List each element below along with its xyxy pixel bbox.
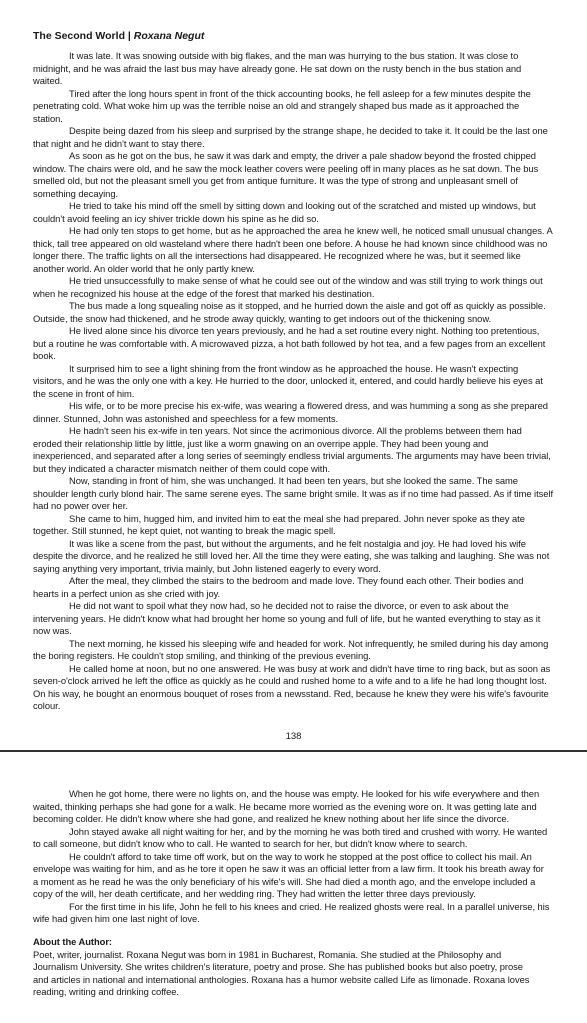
text-line: the boring registers. He couldn't stop s…: [33, 650, 587, 663]
text-line: that night and he didn't want to stay th…: [33, 138, 587, 151]
text-line: When he got home, there were no lights o…: [33, 788, 587, 801]
text-line: longer there. The traffic lights on all …: [33, 250, 587, 263]
text-line: becoming colder. He didn't know where sh…: [33, 813, 587, 826]
text-line: wife had given him one last night of lov…: [33, 913, 587, 926]
text-line: copy of the will, her death certificate,…: [33, 888, 587, 901]
text-line: intervening years. He didn't know what h…: [33, 613, 587, 626]
text-line: He called home at noon, but no one answe…: [33, 663, 587, 676]
text-line: The next morning, he kissed his sleeping…: [33, 638, 587, 651]
text-line: penetrating cold. What woke him up was t…: [33, 100, 587, 113]
text-line: waited, thinking perhaps she had gone fo…: [33, 801, 587, 814]
text-line: book.: [33, 350, 587, 363]
text-line: eroded their relationship little by litt…: [33, 438, 587, 451]
text-line: envelope was waiting for him, and as he …: [33, 863, 587, 876]
text-line: Outside, the snow had thickened, and he …: [33, 313, 587, 326]
about-line: Journalism University. She writes childr…: [33, 961, 587, 974]
text-line: couldn't avoid feeling an icy shiver tri…: [33, 213, 587, 226]
text-line: Tired after the long hours spent in fron…: [33, 88, 587, 101]
text-line: After the meal, they climbed the stairs …: [33, 575, 587, 588]
text-line: waited.: [33, 75, 587, 88]
text-line: had no power over her.: [33, 500, 587, 513]
text-line: a moment as he read he was the only bene…: [33, 876, 587, 889]
text-line: dinner. Stunned, John was astonished and…: [33, 413, 587, 426]
text-line: another world. An older world that he on…: [33, 263, 587, 276]
text-line: despite the divorce, and he realized he …: [33, 550, 587, 563]
document-page: The Second World | Roxana Negut It was l…: [0, 0, 587, 1023]
story-body-page-138: It was late. It was snowing outside with…: [33, 50, 587, 713]
text-line: colour.: [33, 700, 587, 713]
text-line: seven-o'clock arrived he left the office…: [33, 675, 587, 688]
text-line: Now, standing in front of him, she was u…: [33, 475, 587, 488]
text-line: smelled old, but not the pleasant smell …: [33, 175, 587, 188]
text-line: station.: [33, 113, 587, 126]
text-line: something decaying.: [33, 188, 587, 201]
text-line: hearts in a perfect union as she cried w…: [33, 588, 587, 601]
story-body-page-139: When he got home, there were no lights o…: [33, 788, 587, 926]
text-line: but they indicated a character mismatch …: [33, 463, 587, 476]
text-line: saying anything very important, trivia m…: [33, 563, 587, 576]
text-line: His wife, or to be more precise his ex-w…: [33, 400, 587, 413]
title-text: The Second World: [33, 30, 125, 42]
text-line: He couldn't afford to take time off work…: [33, 851, 587, 864]
about-line: and articles in national and internation…: [33, 974, 587, 987]
text-line: midnight, and he was afraid the last bus…: [33, 63, 587, 76]
text-line: It surprised him to see a light shining …: [33, 363, 587, 376]
title-separator: |: [128, 30, 131, 42]
text-line: Despite being dazed from his sleep and s…: [33, 125, 587, 138]
about-author-heading: About the Author:: [33, 936, 587, 949]
text-line: He hadn't seen his ex-wife in ten years.…: [33, 425, 587, 438]
text-line: He tried unsuccessfully to make sense of…: [33, 275, 587, 288]
text-line: window. The chairs were old, and he saw …: [33, 163, 587, 176]
text-line: inexperienced, and separated after a lon…: [33, 450, 587, 463]
about-author-section: About the Author: Poet, writer, journali…: [33, 936, 587, 999]
text-line: For the first time in his life, John he …: [33, 901, 587, 914]
text-line: shoulder length curly blond hair. The sa…: [33, 488, 587, 501]
text-line: when he recognized his house at the edge…: [33, 288, 587, 301]
about-line: Poet, writer, journalist. Roxana Negut w…: [33, 949, 587, 962]
text-line: visitors, and he was the only one with a…: [33, 375, 587, 388]
text-line: now was.: [33, 625, 587, 638]
author-name: Roxana Negut: [134, 30, 205, 42]
text-line: together. Still stunned, he kept quiet, …: [33, 525, 587, 538]
text-line: The bus made a long squealing noise as i…: [33, 300, 587, 313]
text-line: to call someone, but didn't know who to …: [33, 838, 587, 851]
text-line: It was late. It was snowing outside with…: [33, 50, 587, 63]
text-line: As soon as he got on the bus, he saw it …: [33, 150, 587, 163]
text-line: thick, tall tree appeared on old wastela…: [33, 238, 587, 251]
story-title: The Second World | Roxana Negut: [33, 30, 204, 42]
text-line: He did not want to spoil what they now h…: [33, 600, 587, 613]
text-line: John stayed awake all night waiting for …: [33, 826, 587, 839]
text-line: the scene in front of him.: [33, 388, 587, 401]
text-line: He lived alone since his divorce ten yea…: [33, 325, 587, 338]
text-line: On his way, he bought an enormous bouque…: [33, 688, 587, 701]
text-line: He had only ten stops to get home, but a…: [33, 225, 587, 238]
text-line: He tried to take his mind off the smell …: [33, 200, 587, 213]
text-line: She came to him, hugged him, and invited…: [33, 513, 587, 526]
about-line: reading, writing and drinking coffee.: [33, 986, 587, 999]
page-separator: [0, 750, 587, 752]
text-line: It was like a scene from the past, but w…: [33, 538, 587, 551]
page-number: 138: [0, 731, 587, 742]
text-line: but a routine he was comfortable with. A…: [33, 338, 587, 351]
